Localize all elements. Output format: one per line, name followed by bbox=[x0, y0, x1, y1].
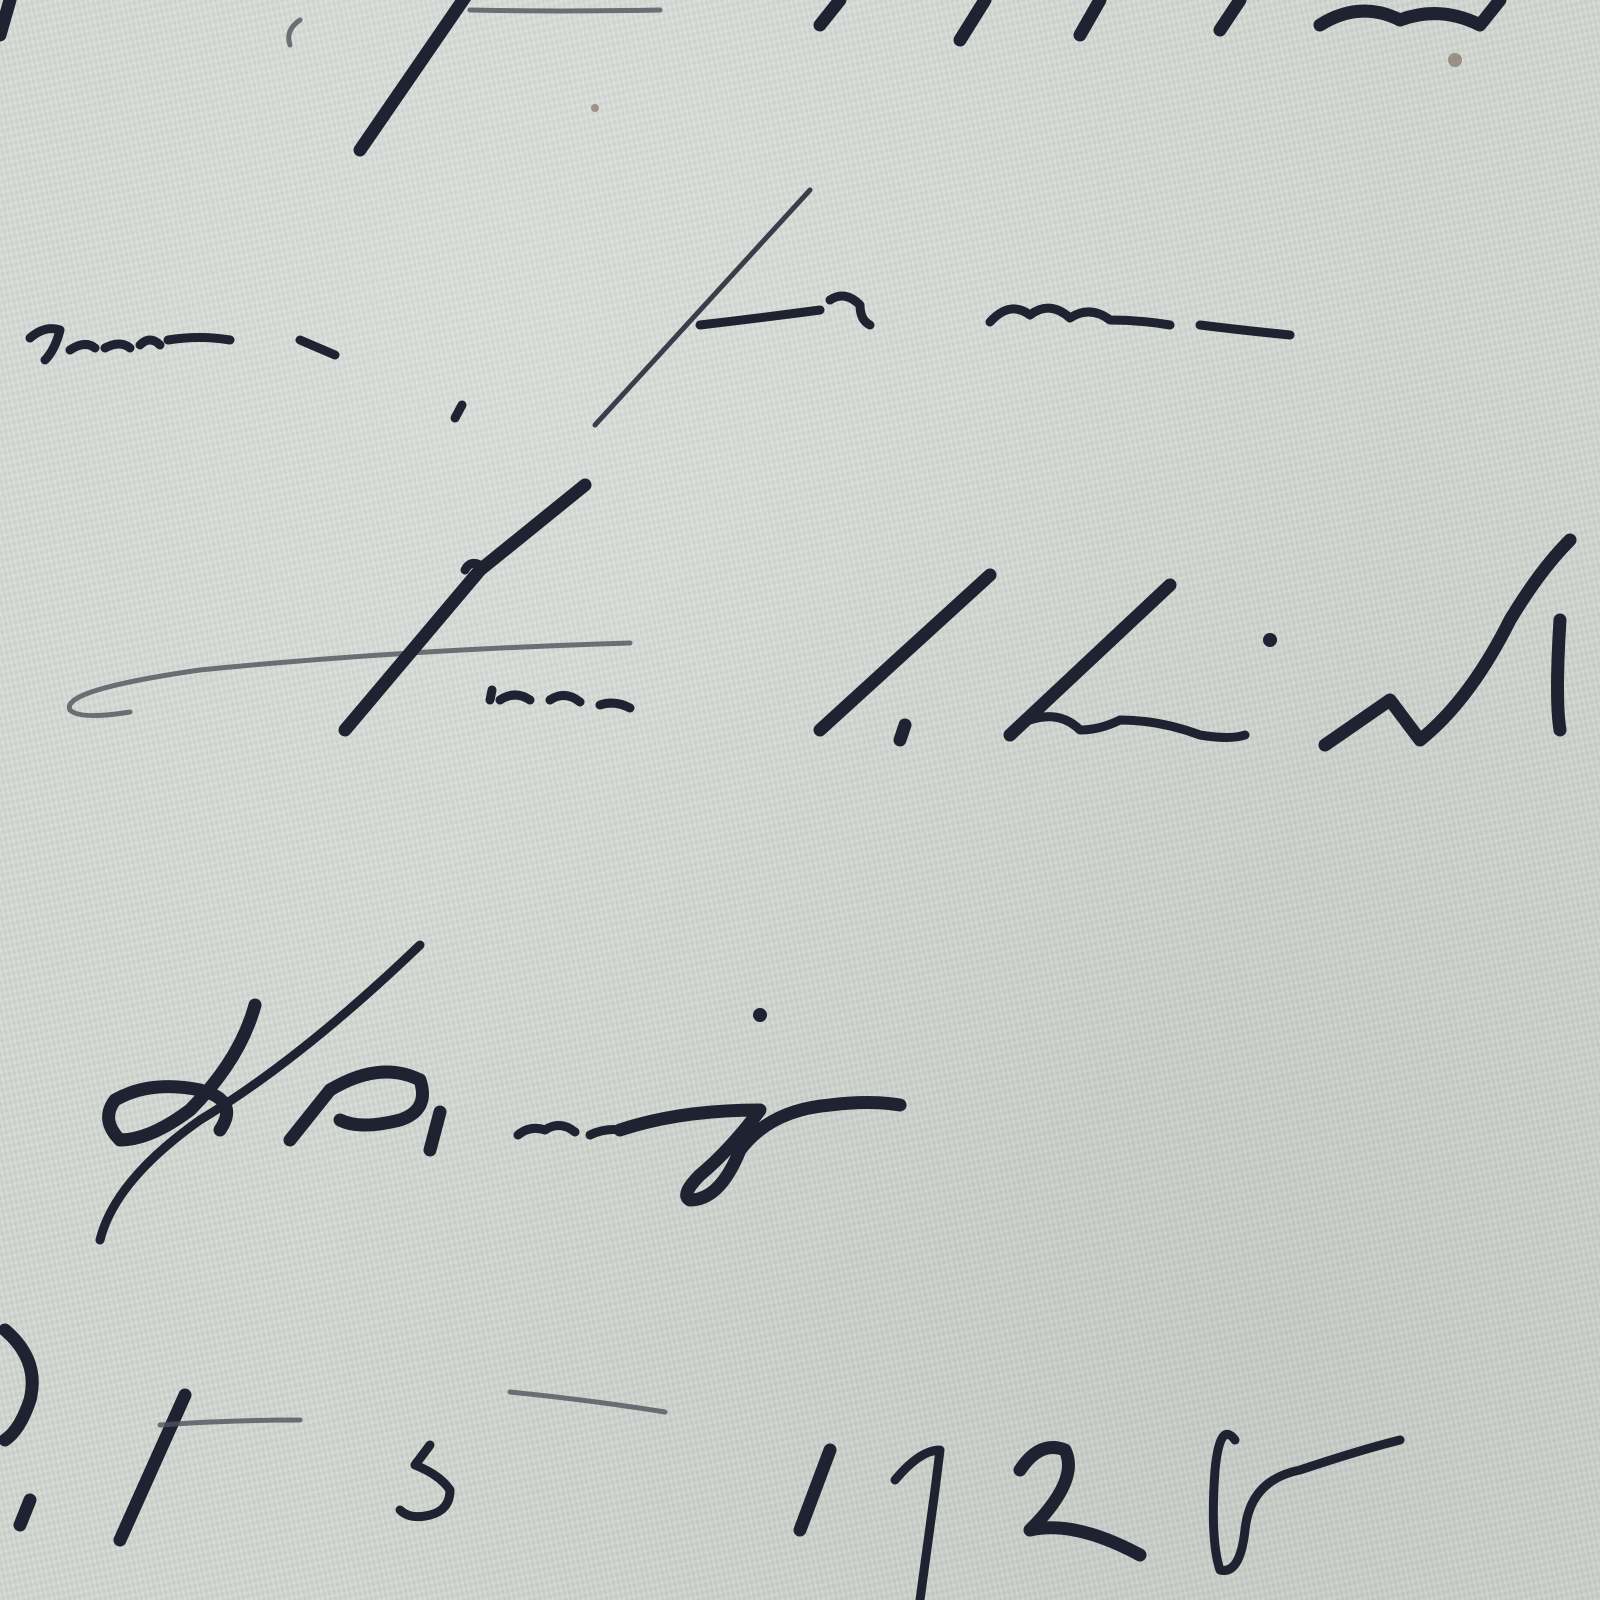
ink-speck bbox=[591, 104, 599, 112]
handwriting-strokes bbox=[0, 0, 1600, 1600]
handwriting-line-2 bbox=[30, 190, 1290, 425]
handwriting-line-4 bbox=[100, 945, 900, 1240]
handwriting-line-3 bbox=[69, 485, 1570, 745]
handwriting-line-1 bbox=[0, 0, 1500, 150]
ink-stain bbox=[1448, 53, 1462, 67]
handwriting-line-5 bbox=[5, 1330, 1400, 1600]
